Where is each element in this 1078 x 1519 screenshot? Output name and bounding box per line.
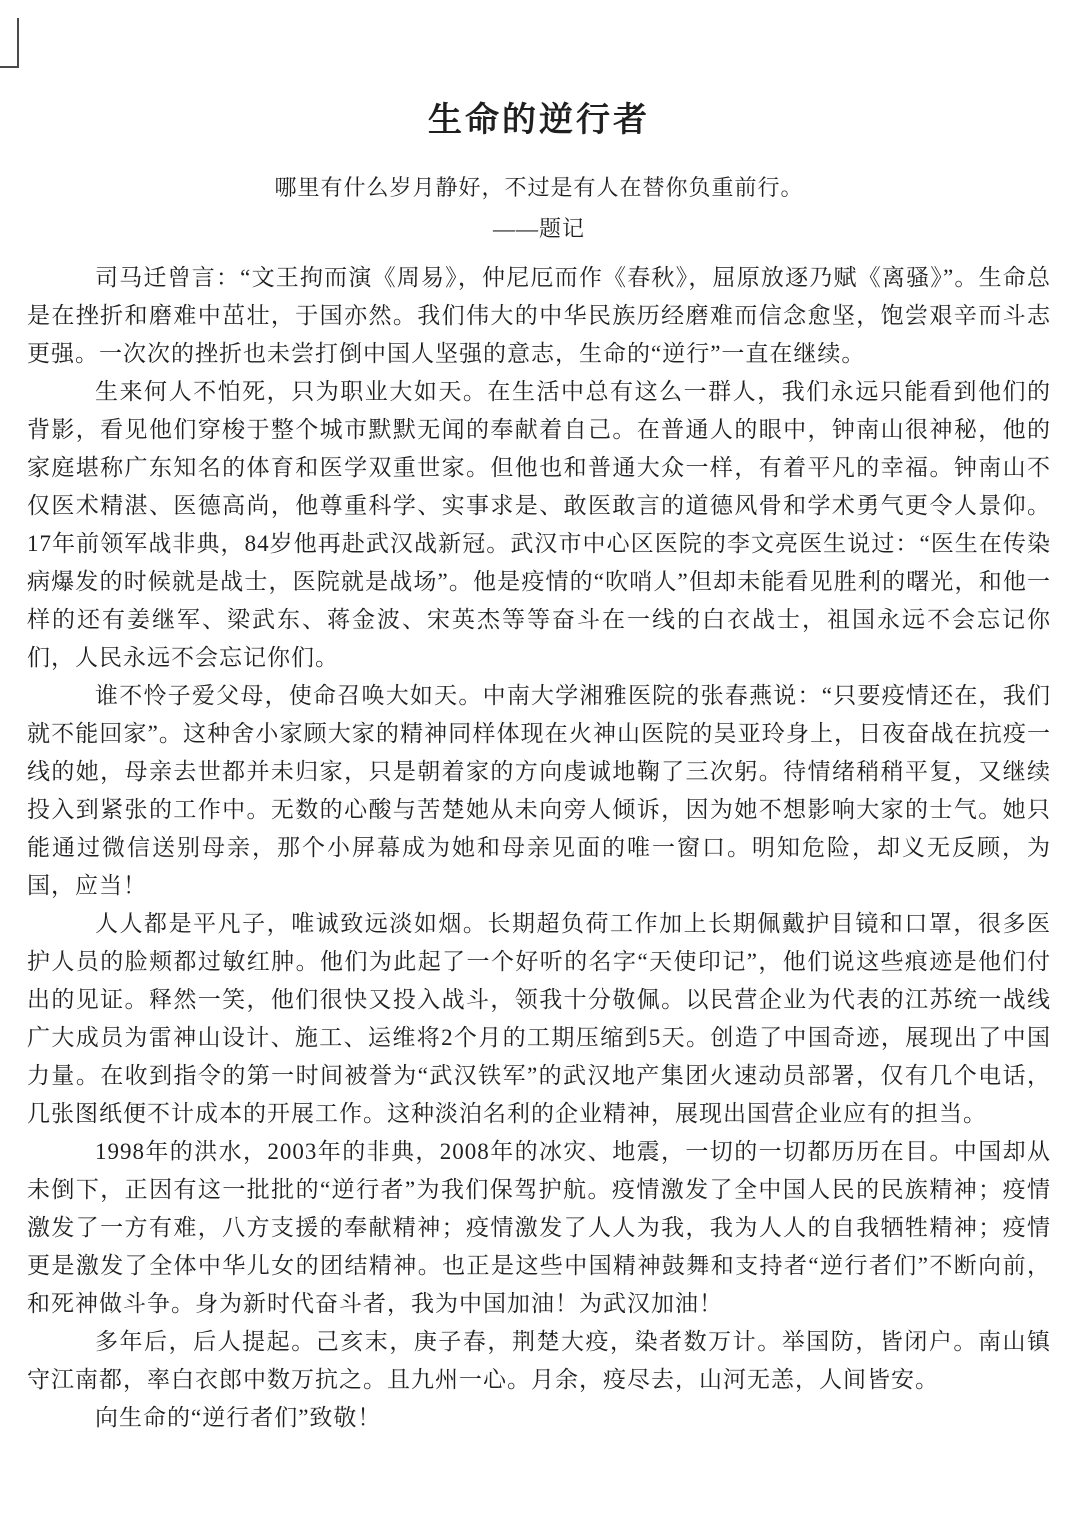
paragraph-3: 谁不怜子爱父母，使命召唤大如天。中南大学湘雅医院的张春燕说：“只要疫情还在，我们…	[27, 677, 1051, 905]
epigraph-attribution: ——题记	[0, 215, 1078, 244]
paragraph-1: 司马迁曾言：“文王拘而演《周易》，仲尼厄而作《春秋》，屈原放逐乃赋《离骚》”。生…	[27, 259, 1051, 373]
paragraph-4: 人人都是平凡子，唯诚致远淡如烟。长期超负荷工作加上长期佩戴护目镜和口罩，很多医护…	[27, 905, 1051, 1133]
document-page: 生命的逆行者 哪里有什么岁月静好，不过是有人在替你负重前行。 ——题记 司马迁曾…	[0, 0, 1078, 1519]
paragraph-5: 1998年的洪水，2003年的非典，2008年的冰灾、地震，一切的一切都历历在目…	[27, 1133, 1051, 1323]
page-title: 生命的逆行者	[0, 23, 1078, 142]
paragraph-2: 生来何人不怕死，只为职业大如天。在生活中总有这么一群人，我们永远只能看到他们的背…	[27, 373, 1051, 677]
paragraph-7: 向生命的“逆行者们”致敬！	[27, 1399, 1051, 1437]
scan-crop-mark	[0, 18, 19, 68]
epigraph-text: 哪里有什么岁月静好，不过是有人在替你负重前行。	[0, 174, 1078, 203]
paragraph-6: 多年后，后人提起。己亥末，庚子春，荆楚大疫，染者数万计。举国防，皆闭户。南山镇守…	[27, 1323, 1051, 1399]
essay-body: 司马迁曾言：“文王拘而演《周易》，仲尼厄而作《春秋》，屈原放逐乃赋《离骚》”。生…	[27, 259, 1051, 1437]
